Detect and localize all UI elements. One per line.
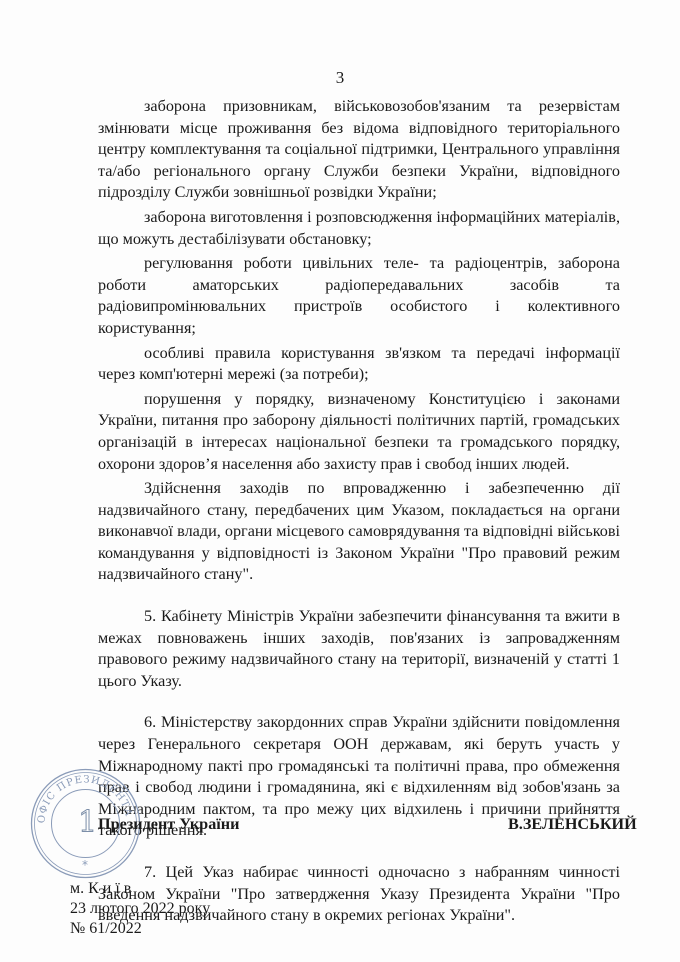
document-page: 3 заборона призовникам, військовозобов'я… bbox=[0, 0, 680, 962]
svg-text:1: 1 bbox=[78, 805, 97, 840]
date: 23 лютого 2022 року bbox=[70, 899, 210, 919]
signatory-name: В.ЗЕЛЕНСЬКИЙ bbox=[508, 815, 637, 834]
decree-number: № 61/2022 bbox=[70, 919, 210, 939]
paragraph-conscripts-ban: заборона призовникам, військовозобов'яза… bbox=[98, 96, 620, 204]
paragraph-implementation: Здійснення заходів по впровадженню і заб… bbox=[98, 478, 620, 586]
paragraph-info-materials-ban: заборона виготовлення і розповсюдження і… bbox=[98, 207, 620, 250]
paragraph-parties-ban: порушення у порядку, визначеному Констит… bbox=[98, 389, 620, 475]
document-footer: м. К и ї в 23 лютого 2022 року № 61/2022 bbox=[70, 879, 210, 939]
signatory-title: Президент України bbox=[98, 815, 239, 834]
document-body: заборона призовникам, військовозобов'яза… bbox=[98, 96, 620, 927]
page-number: 3 bbox=[0, 68, 680, 88]
article-5: 5. Кабінету Міністрів України забезпечит… bbox=[98, 606, 620, 692]
paragraph-communication-rules: особливі правила користування зв'язком т… bbox=[98, 343, 620, 386]
svg-text:*: * bbox=[82, 858, 88, 872]
paragraph-radio-regulation: регулювання роботи цивільних теле- та ра… bbox=[98, 253, 620, 339]
city: м. К и ї в bbox=[70, 879, 210, 899]
